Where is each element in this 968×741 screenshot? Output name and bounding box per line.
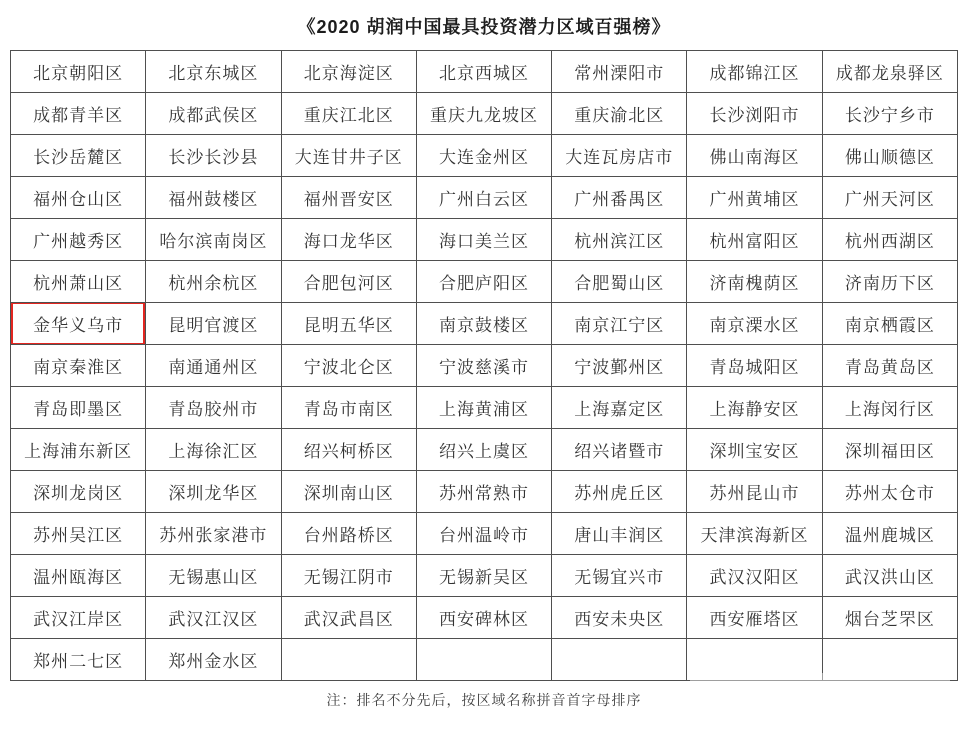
table-cell: 杭州滨江区 [552,219,687,261]
table-cell: 上海闵行区 [822,387,957,429]
table-cell: 武汉武昌区 [281,597,416,639]
table-cell: 深圳福田区 [822,429,957,471]
table-cell: 深圳龙岗区 [11,471,146,513]
table-cell: 杭州富阳区 [687,219,822,261]
table-cell: 武汉江汉区 [146,597,281,639]
table-cell: 杭州西湖区 [822,219,957,261]
table-cell: 成都锦江区 [687,51,822,93]
table-cell: 苏州虎丘区 [552,471,687,513]
table-cell: 宁波北仑区 [281,345,416,387]
table-cell: 南京栖霞区 [822,303,957,345]
table-row: 长沙岳麓区长沙长沙县大连甘井子区大连金州区大连瓦房店市佛山南海区佛山顺德区 [11,135,958,177]
table-cell: 上海浦东新区 [11,429,146,471]
table-cell: 天津滨海新区 [687,513,822,555]
table-cell: 北京东城区 [146,51,281,93]
table-cell: 深圳龙华区 [146,471,281,513]
table-cell: 青岛黄岛区 [822,345,957,387]
highlighted-cell: 金华义乌市 [11,303,146,345]
table-cell: 西安未央区 [552,597,687,639]
table-cell: 宁波鄞州区 [552,345,687,387]
table-row: 杭州萧山区杭州余杭区合肥包河区合肥庐阳区合肥蜀山区济南槐荫区济南历下区 [11,261,958,303]
table-cell: 成都龙泉驿区 [822,51,957,93]
table-cell: 无锡宜兴市 [552,555,687,597]
table-cell: 广州黄埔区 [687,177,822,219]
table-row: 深圳龙岗区深圳龙华区深圳南山区苏州常熟市苏州虎丘区苏州昆山市苏州太仓市 [11,471,958,513]
table-cell: 深圳宝安区 [687,429,822,471]
table-cell: 北京海淀区 [281,51,416,93]
table-cell: 福州仓山区 [11,177,146,219]
table-row: 温州瓯海区无锡惠山区无锡江阴市无锡新吴区无锡宜兴市武汉汉阳区武汉洪山区 [11,555,958,597]
table-row: 南京秦淮区南通通州区宁波北仑区宁波慈溪市宁波鄞州区青岛城阳区青岛黄岛区 [11,345,958,387]
table-cell: 苏州吴江区 [11,513,146,555]
table-row: 武汉江岸区武汉江汉区武汉武昌区西安碑林区西安未央区西安雁塔区烟台芝罘区 [11,597,958,639]
table-cell: 济南历下区 [822,261,957,303]
table-cell: 温州鹿城区 [822,513,957,555]
page: 《2020 胡润中国最具投资潜力区域百强榜》 北京朝阳区北京东城区北京海淀区北京… [0,0,968,741]
table-cell: 广州白云区 [416,177,551,219]
table-cell: 大连甘井子区 [281,135,416,177]
table-cell: 武汉汉阳区 [687,555,822,597]
table-cell: 青岛市南区 [281,387,416,429]
table-cell: 大连瓦房店市 [552,135,687,177]
table-cell: 哈尔滨南岗区 [146,219,281,261]
table-cell: 海口龙华区 [281,219,416,261]
table-cell: 长沙浏阳市 [687,93,822,135]
table-cell: 苏州张家港市 [146,513,281,555]
table-cell: 佛山顺德区 [822,135,957,177]
table-cell: 昆明官渡区 [146,303,281,345]
table-cell: 唐山丰润区 [552,513,687,555]
table-cell: 上海静安区 [687,387,822,429]
table-cell: 重庆九龙坡区 [416,93,551,135]
table-cell [687,639,822,681]
table-cell: 西安碑林区 [416,597,551,639]
table-cell: 杭州萧山区 [11,261,146,303]
table-cell: 南京江宁区 [552,303,687,345]
table-cell: 南京溧水区 [687,303,822,345]
table-cell: 上海徐汇区 [146,429,281,471]
table-cell: 南通通州区 [146,345,281,387]
table-cell: 武汉江岸区 [11,597,146,639]
table-cell: 合肥包河区 [281,261,416,303]
table-cell: 无锡江阴市 [281,555,416,597]
table-cell: 深圳南山区 [281,471,416,513]
table-row: 金华义乌市昆明官渡区昆明五华区南京鼓楼区南京江宁区南京溧水区南京栖霞区 [11,303,958,345]
table-cell: 苏州昆山市 [687,471,822,513]
table-cell: 台州路桥区 [281,513,416,555]
table-cell: 福州晋安区 [281,177,416,219]
table-cell: 武汉洪山区 [822,555,957,597]
table-row: 上海浦东新区上海徐汇区绍兴柯桥区绍兴上虞区绍兴诸暨市深圳宝安区深圳福田区 [11,429,958,471]
table-row: 青岛即墨区青岛胶州市青岛市南区上海黄浦区上海嘉定区上海静安区上海闵行区 [11,387,958,429]
table-row: 北京朝阳区北京东城区北京海淀区北京西城区常州溧阳市成都锦江区成都龙泉驿区 [11,51,958,93]
table-cell: 广州越秀区 [11,219,146,261]
table-cell [552,639,687,681]
table-row: 苏州吴江区苏州张家港市台州路桥区台州温岭市唐山丰润区天津滨海新区温州鹿城区 [11,513,958,555]
table-row: 成都青羊区成都武侯区重庆江北区重庆九龙坡区重庆渝北区长沙浏阳市长沙宁乡市 [11,93,958,135]
table-cell: 台州温岭市 [416,513,551,555]
ranking-table: 北京朝阳区北京东城区北京海淀区北京西城区常州溧阳市成都锦江区成都龙泉驿区成都青羊… [10,50,958,681]
table-cell: 重庆江北区 [281,93,416,135]
table-cell: 绍兴柯桥区 [281,429,416,471]
table-cell: 南京鼓楼区 [416,303,551,345]
table-cell: 郑州二七区 [11,639,146,681]
table-cell: 广州天河区 [822,177,957,219]
table-row: 广州越秀区哈尔滨南岗区海口龙华区海口美兰区杭州滨江区杭州富阳区杭州西湖区 [11,219,958,261]
table-cell: 青岛胶州市 [146,387,281,429]
table-cell [281,639,416,681]
table-cell: 长沙长沙县 [146,135,281,177]
table-cell: 西安雁塔区 [687,597,822,639]
table-cell: 上海嘉定区 [552,387,687,429]
table-cell: 苏州太仓市 [822,471,957,513]
table-cell: 昆明五华区 [281,303,416,345]
table-cell: 长沙宁乡市 [822,93,957,135]
table-cell: 广州番禺区 [552,177,687,219]
table-cell: 福州鼓楼区 [146,177,281,219]
table-cell: 烟台芝罘区 [822,597,957,639]
table-cell: 南京秦淮区 [11,345,146,387]
table-cell: 青岛城阳区 [687,345,822,387]
table-cell: 北京朝阳区 [11,51,146,93]
table-cell [416,639,551,681]
table-cell: 青岛即墨区 [11,387,146,429]
table-cell: 合肥蜀山区 [552,261,687,303]
table-cell [822,639,957,681]
table-cell: 长沙岳麓区 [11,135,146,177]
table-row: 郑州二七区郑州金水区 [11,639,958,681]
footnote: 注：排名不分先后，按区域名称拼音首字母排序 [0,690,968,710]
table-cell: 大连金州区 [416,135,551,177]
table-cell: 无锡惠山区 [146,555,281,597]
table-cell: 郑州金水区 [146,639,281,681]
table-cell: 杭州余杭区 [146,261,281,303]
table-cell: 合肥庐阳区 [416,261,551,303]
table-cell: 上海黄浦区 [416,387,551,429]
table-cell: 绍兴诸暨市 [552,429,687,471]
table-cell: 济南槐荫区 [687,261,822,303]
table-cell: 海口美兰区 [416,219,551,261]
table-cell: 成都武侯区 [146,93,281,135]
table-cell: 宁波慈溪市 [416,345,551,387]
ranking-table-body: 北京朝阳区北京东城区北京海淀区北京西城区常州溧阳市成都锦江区成都龙泉驿区成都青羊… [11,51,958,681]
table-cell: 绍兴上虞区 [416,429,551,471]
page-title: 《2020 胡润中国最具投资潜力区域百强榜》 [0,0,968,39]
table-cell: 佛山南海区 [687,135,822,177]
table-cell: 苏州常熟市 [416,471,551,513]
table-row: 福州仓山区福州鼓楼区福州晋安区广州白云区广州番禺区广州黄埔区广州天河区 [11,177,958,219]
table-cell: 温州瓯海区 [11,555,146,597]
table-cell: 成都青羊区 [11,93,146,135]
table-cell: 常州溧阳市 [552,51,687,93]
table-cell: 重庆渝北区 [552,93,687,135]
table-cell: 北京西城区 [416,51,551,93]
table-cell: 无锡新吴区 [416,555,551,597]
